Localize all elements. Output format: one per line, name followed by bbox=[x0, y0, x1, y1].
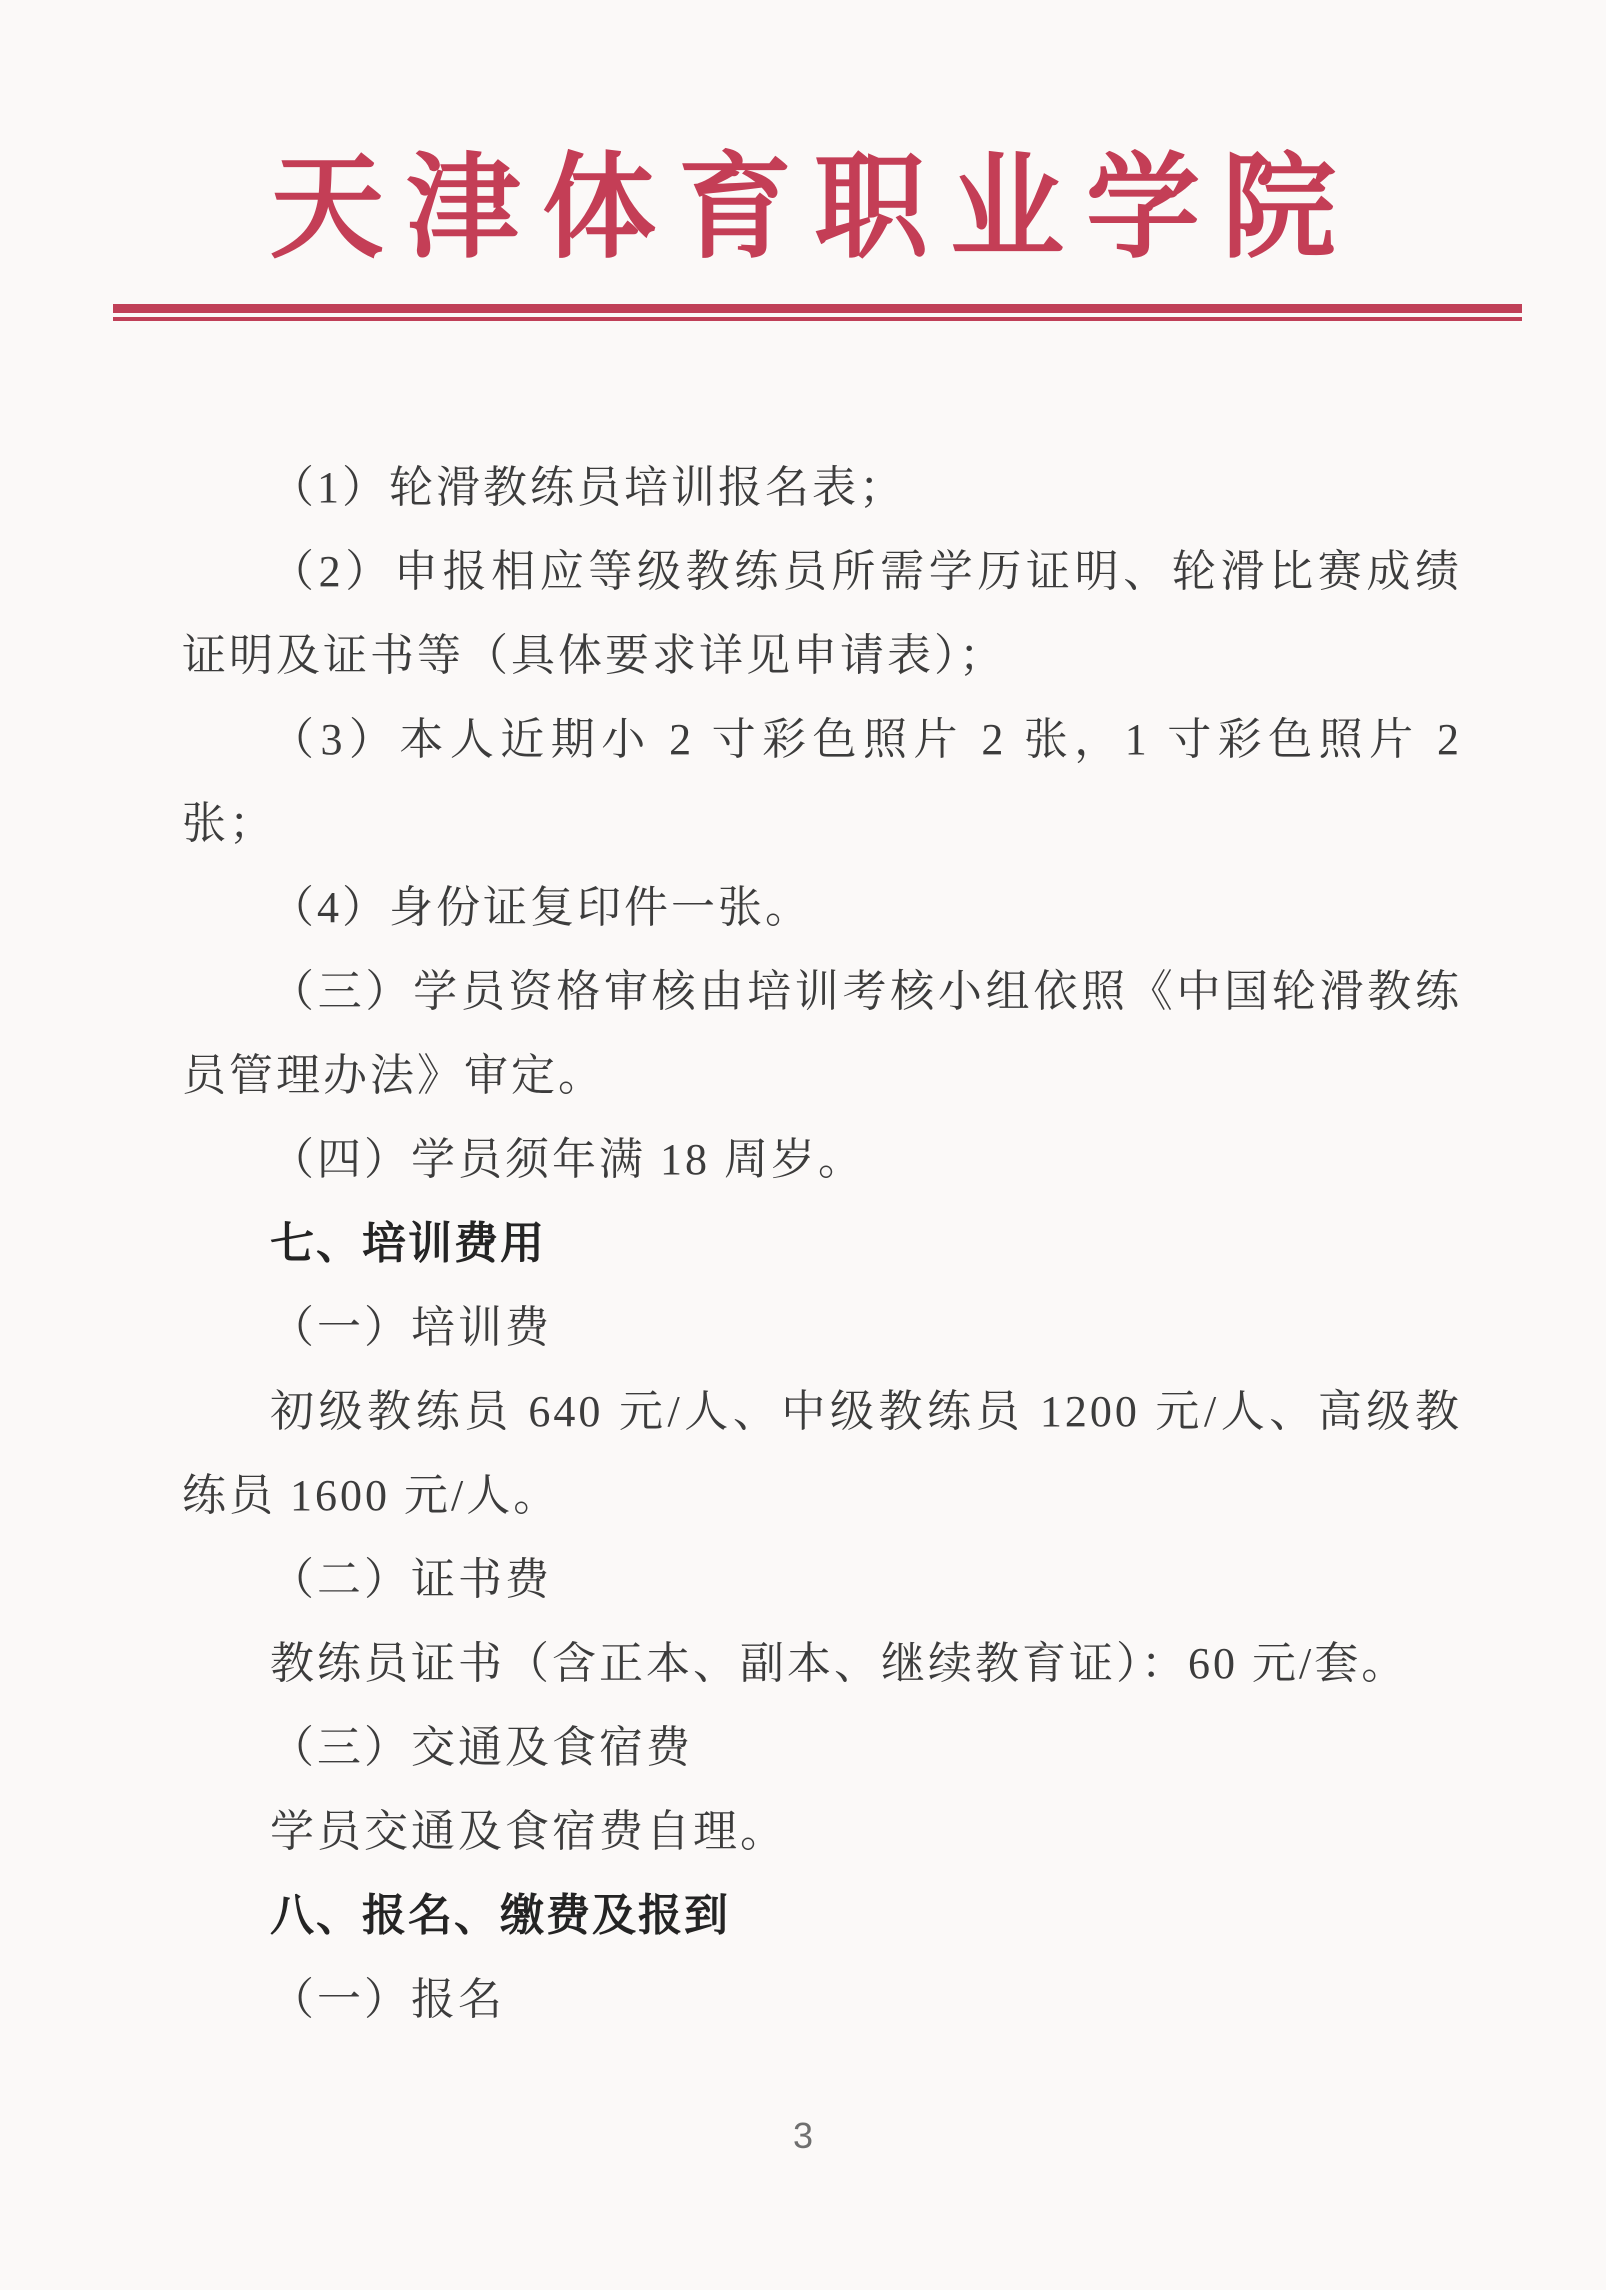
paragraph: （2）申报相应等级教练员所需学历证明、轮滑比赛成绩证明及证书等（具体要求详见申请… bbox=[182, 530, 1462, 698]
letterhead-rule-thin bbox=[113, 317, 1522, 321]
paragraph: （三）学员资格审核由培训考核小组依照《中国轮滑教练员管理办法》审定。 bbox=[182, 950, 1462, 1118]
paragraph: （一）培训费 bbox=[182, 1286, 1462, 1370]
paragraph: （4）身份证复印件一张。 bbox=[182, 866, 1462, 950]
paragraph: （3）本人近期小 2 寸彩色照片 2 张，1 寸彩色照片 2 张； bbox=[182, 698, 1462, 866]
paragraph: （二）证书费 bbox=[182, 1538, 1462, 1622]
letterhead-rule-thick bbox=[113, 304, 1522, 313]
paragraph: 教练员证书（含正本、副本、继续教育证）：60 元/套。 bbox=[182, 1622, 1462, 1706]
paragraph: （四）学员须年满 18 周岁。 bbox=[182, 1118, 1462, 1202]
section-heading: 八、报名、缴费及报到 bbox=[182, 1874, 1462, 1958]
paragraph: 初级教练员 640 元/人、中级教练员 1200 元/人、高级教练员 1600 … bbox=[182, 1370, 1462, 1538]
letterhead-title: 天津体育职业学院 bbox=[0, 142, 1606, 272]
document-page: 天津体育职业学院 （1）轮滑教练员培训报名表；（2）申报相应等级教练员所需学历证… bbox=[0, 0, 1606, 2290]
paragraph: （一）报名 bbox=[182, 1958, 1462, 2042]
page-number: 3 bbox=[0, 2116, 1606, 2156]
paragraph: 学员交通及食宿费自理。 bbox=[182, 1790, 1462, 1874]
paragraph: （三）交通及食宿费 bbox=[182, 1706, 1462, 1790]
paragraph: （1）轮滑教练员培训报名表； bbox=[182, 446, 1462, 530]
document-body: （1）轮滑教练员培训报名表；（2）申报相应等级教练员所需学历证明、轮滑比赛成绩证… bbox=[182, 446, 1462, 2042]
section-heading: 七、培训费用 bbox=[182, 1202, 1462, 1286]
